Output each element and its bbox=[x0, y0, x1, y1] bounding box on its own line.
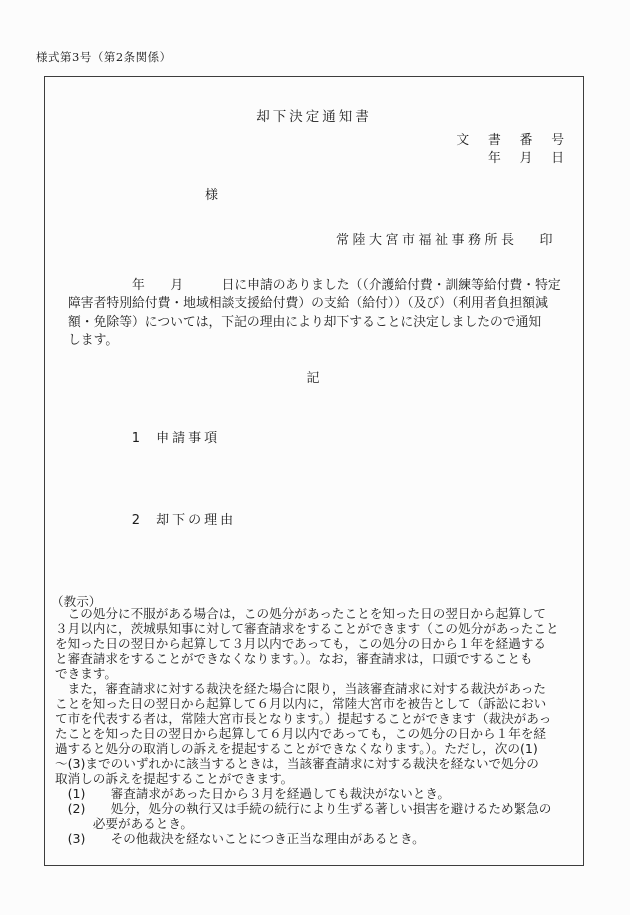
body-paragraph: 年 月 日に申請のありました（（介護給付費・訓練等給付費・特定 障害者特別給付費… bbox=[68, 277, 561, 350]
addressee-honorific: 様 bbox=[205, 184, 218, 203]
form-number-label: 様式第3号（第2条関係） bbox=[36, 49, 172, 65]
document-title: 却下決定通知書 bbox=[45, 105, 583, 125]
sender-line: 常陸大宮市福祉事務所長印 bbox=[290, 214, 556, 263]
ki-separator: 記 bbox=[45, 367, 583, 386]
section-2-heading: 2却下の理由 bbox=[89, 494, 236, 543]
sender-title: 常陸大宮市福祉事務所長 bbox=[336, 233, 518, 248]
document-number-field: 文 書 番 号 bbox=[456, 129, 567, 148]
section-2-number: 2 bbox=[132, 513, 143, 528]
section-2-label: 却下の理由 bbox=[156, 513, 236, 528]
instruction-text: この処分に不服がある場合は，この処分があったことを知った日の翌日から起算して ３… bbox=[55, 606, 559, 846]
section-1-number: 1 bbox=[132, 431, 143, 446]
date-field: 年 月 日 bbox=[488, 147, 567, 166]
document-frame: 却下決定通知書 文 書 番 号 年 月 日 様 常陸大宮市福祉事務所長印 年 月… bbox=[44, 76, 584, 866]
seal-placeholder: 印 bbox=[539, 233, 556, 248]
section-1-heading: 1申請事項 bbox=[89, 412, 220, 461]
document-page: 様式第3号（第2条関係） 却下決定通知書 文 書 番 号 年 月 日 様 常陸大… bbox=[0, 0, 630, 915]
section-1-label: 申請事項 bbox=[156, 431, 220, 446]
